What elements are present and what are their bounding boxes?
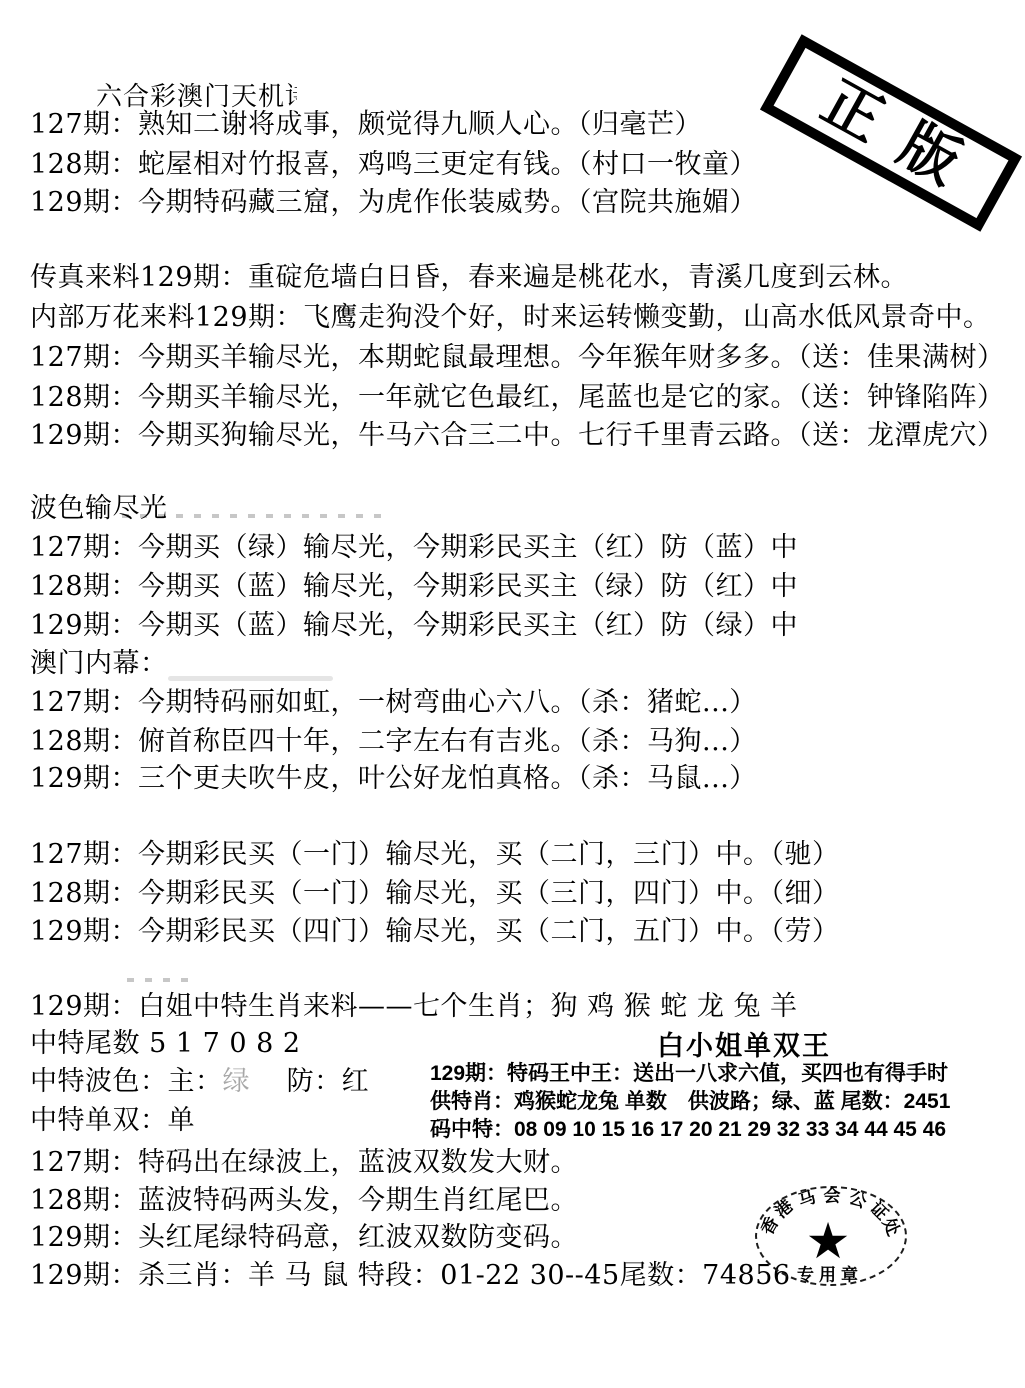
neimu-line-128: 128期：俯首称臣四十年，二字左右有吉兆。（杀：马狗...）: [30, 727, 757, 757]
neimu-header: 澳门内幕：: [30, 649, 168, 679]
bose-line-127: 127期：今期买（绿）输尽光，今期彩民买主（红）防（蓝）中: [30, 533, 798, 563]
baijie-weishu-line: 中特尾数 5 1 7 0 8 2: [30, 1029, 301, 1059]
baijie-danshuang-line: 中特单双：单: [30, 1106, 195, 1136]
neimu-line-129: 129期：三个更夫吹牛皮，叶公好龙怕真格。（杀：马鼠...）: [30, 764, 757, 794]
lailiao-neibu-line: 内部万花来料129期：飞鹰走狗没个好，时来运转懒变勤，山高水低风景奇中。: [30, 303, 991, 333]
page-title-clipped-char: 诗: [285, 76, 297, 113]
men-line-127: 127期：今期彩民买（一门）输尽光，买（二门，三门）中。（驰）: [30, 840, 840, 870]
page-title: 六合彩澳门天机诗: [96, 76, 297, 113]
bottom-line-129a: 129期：头红尾绿特码意，红波双数防变码。: [30, 1223, 578, 1253]
bose-line-128: 128期：今期买（蓝）输尽光，今期彩民买主（绿）防（红）中: [30, 572, 798, 602]
bottom-line-127: 127期：特码出在绿波上，蓝波双数发大财。: [30, 1148, 578, 1178]
genuine-stamp: 正版: [760, 34, 1022, 231]
genuine-stamp-label: 正版: [813, 72, 995, 208]
certification-seal: 香 港 马 会 公 证 处 ★ 专用章: [755, 1186, 907, 1286]
scan-artifact: [168, 676, 333, 681]
baijie-line-129: 129期：白姐中特生肖来料——七个生肖；狗 鸡 猴 蛇 龙 兔 羊: [30, 992, 798, 1022]
wang-block-line-3: 码中特：08 09 10 15 16 17 20 21 29 32 33 34 …: [430, 1118, 946, 1142]
bose-header: 波色输尽光: [30, 494, 168, 524]
men-line-128: 128期：今期彩民买（一门）输尽光，买（三门，四门）中。（细）: [30, 879, 840, 909]
lailiao-line-128: 128期：今期买羊输尽光，一年就它色最红，尾蓝也是它的家。（送：钟锋陷阵）: [30, 383, 1005, 413]
baijie-bose-prefix: 中特波色：主：: [30, 1066, 223, 1097]
scan-artifact: [127, 978, 189, 982]
lailiao-fax-line: 传真来料129期：重碇危墙白日昏，春来遍是桃花水，青溪几度到云林。: [30, 263, 908, 293]
bottom-line-128: 128期：蓝波特码两头发，今期生肖红尾巴。: [30, 1186, 578, 1216]
wang-block-title: 白小姐单双王: [657, 1024, 831, 1063]
baijie-bose-line: 中特波色：主：绿 防：红: [30, 1067, 369, 1097]
page-title-text: 六合彩澳门天机: [96, 82, 285, 112]
lailiao-line-127: 127期：今期买羊输尽光，本期蛇鼠最理想。今年猴年财多多。（送：佳果满树）: [30, 343, 1005, 373]
seal-star-icon: ★: [806, 1216, 851, 1266]
wang-block-line-1: 129期：特码王中王：送出一八求六值，买四也有得手时: [430, 1062, 948, 1086]
wang-block-line-2: 供特肖：鸡猴蛇龙兔 单数 供波路；绿、蓝 尾数：2451: [430, 1090, 950, 1114]
tianji-line-129: 129期：今期特码藏三窟，为虎作伥装威势。（宫院共施媚）: [30, 188, 757, 218]
men-line-129: 129期：今期彩民买（四门）输尽光，买（二门，五门）中。（劳）: [30, 917, 840, 947]
tianji-line-128: 128期：蛇屋相对竹报喜，鸡鸣三更定有钱。（村口一牧童）: [30, 150, 757, 180]
bose-line-129: 129期：今期买（蓝）输尽光，今期彩民买主（红）防（绿）中: [30, 611, 798, 641]
baijie-bose-fang: 防：红: [250, 1066, 369, 1097]
neimu-line-127: 127期：今期特码丽如虹，一树弯曲心六八。（杀：猪蛇...）: [30, 688, 757, 718]
bottom-line-129b: 129期：杀三肖：羊 马 鼠 特段：01-22 30--45尾数：74856: [30, 1261, 791, 1291]
lailiao-line-129: 129期：今期买狗输尽光，牛马六合三二中。七行千里青云路。（送：龙潭虎穴）: [30, 421, 1005, 451]
tianji-line-127: 127期：熟知二谢将成事，颇觉得九顺人心。（归毫芒）: [30, 110, 702, 140]
seal-arc-char: 会: [824, 1188, 841, 1205]
tipsheet-page: 正版 六合彩澳门天机诗 127期：熟知二谢将成事，颇觉得九顺人心。（归毫芒） 1…: [0, 0, 1025, 1388]
seal-bottom-text: 专用章: [797, 1261, 863, 1286]
baijie-bose-zhu-value: 绿: [223, 1066, 251, 1097]
